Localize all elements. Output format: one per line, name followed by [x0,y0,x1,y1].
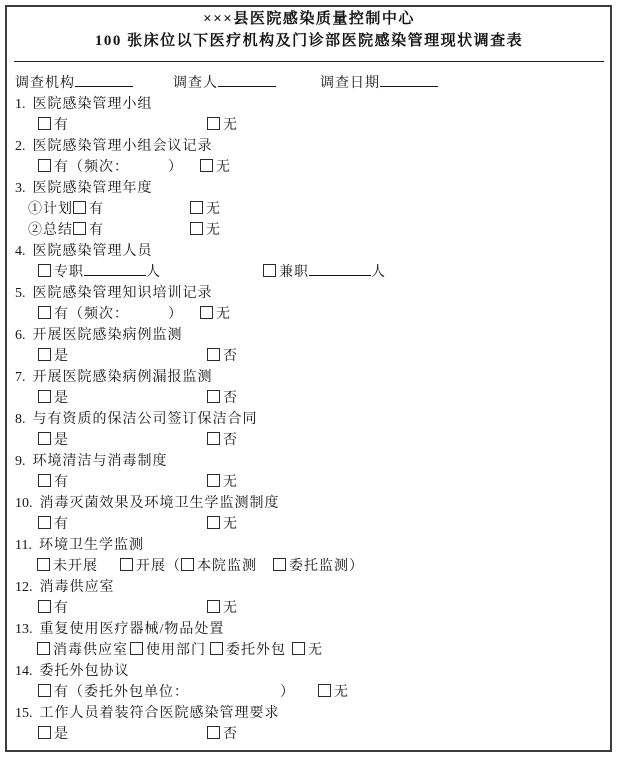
form-title: 100 张床位以下医疗机构及门诊部医院感染管理现状调查表 [0,31,618,51]
item-15-options: 是否 [0,724,618,745]
item-5-options: 有（频次：）无 [0,304,618,325]
option-group: 有 [38,598,69,619]
option-label: 有 [54,475,69,490]
item-4-options: 专职人兼职人 [0,262,618,283]
item-number: 13. [15,619,33,640]
item-number: 11. [15,535,32,556]
item-title: 开展医院感染病例监测 [33,328,183,343]
option-group: 是 [38,430,69,451]
option-label: 是 [54,727,69,742]
survey-org-blank[interactable] [75,73,133,87]
item-12-row: 12.消毒供应室 [0,577,618,598]
item-11-options: 未开展开展（本院监测委托监测） [0,556,618,577]
option-label: 无 [216,307,231,322]
item-2-row: 2.医院感染管理小组会议记录 [0,136,618,157]
checkbox[interactable] [207,474,220,487]
option-label: 无 [206,223,221,238]
option-group: 委托外包 [210,640,286,661]
checkbox[interactable] [38,390,51,403]
option-label: 否 [223,349,238,364]
option-label: 有 [54,517,69,532]
surveyor-label: 调查人 [173,76,218,91]
checkbox[interactable] [200,306,213,319]
fill-blank[interactable] [309,262,371,276]
checkbox[interactable] [190,201,203,214]
item-15-row: 15.工作人员着装符合医院感染管理要求 [0,703,618,724]
surveyor-field: 调查人 [173,73,276,94]
question-list: 1.医院感染管理小组有无2.医院感染管理小组会议记录有（频次：）无3.医院感染管… [0,94,618,745]
option-group: 开展（本院监测 [120,556,257,577]
checkbox[interactable] [273,558,286,571]
item-5-row: 5.医院感染管理知识培训记录 [0,283,618,304]
checkbox[interactable] [200,159,213,172]
item-title: 环境卫生学监测 [39,538,144,553]
option-group: ） [280,682,295,703]
option-label: 兼职 [279,265,309,280]
item-7-row: 7.开展医院感染病例漏报监测 [0,367,618,388]
item-number: 15. [15,703,33,724]
option-group: 有 [38,472,69,493]
item-2-options: 有（频次：）无 [0,157,618,178]
item-13-options: 消毒供应室使用部门委托外包无 [0,640,618,661]
option-group: 兼职人 [263,262,386,283]
checkbox[interactable] [318,684,331,697]
item-title: 重复使用医疗器械/物品处置 [40,622,225,637]
item-number: 1. [15,94,26,115]
item-3-options: ②总结有无 [0,220,618,241]
option-label: 否 [223,433,238,448]
option-label: 专职 [54,265,84,280]
option-label: 有（频次： [54,307,129,322]
option-group: 有 [38,514,69,535]
option-label: 未开展 [53,559,98,574]
option-label: 有（频次： [54,160,129,175]
item-1-options: 有无 [0,115,618,136]
option-label: 是 [54,391,69,406]
checkbox[interactable] [38,600,51,613]
item-title: 与有资质的保洁公司签订保洁合同 [33,412,258,427]
item-1-row: 1.医院感染管理小组 [0,94,618,115]
option-group: 有 [38,115,69,136]
item-number: 9. [15,451,26,472]
checkbox[interactable] [38,474,51,487]
option-group: ②总结有 [28,220,104,241]
info-row: 调查机构 调查人 调查日期 [0,73,618,94]
checkbox[interactable] [73,222,86,235]
checkbox[interactable] [207,390,220,403]
item-8-row: 8.与有资质的保洁公司签订保洁合同 [0,409,618,430]
option-label: 有（委托外包单位： [54,685,189,700]
checkbox[interactable] [207,432,220,445]
option-group: 是 [38,346,69,367]
item-title: 医院感染管理知识培训记录 [33,286,213,301]
option-label: 消毒供应室 [53,643,128,658]
option-group: 是 [38,724,69,745]
option-label: 无 [216,160,231,175]
item-11-row: 11.环境卫生学监测 [0,535,618,556]
item-8-options: 是否 [0,430,618,451]
checkbox[interactable] [37,642,50,655]
option-label: 否 [223,727,238,742]
option-label: 有 [54,118,69,133]
option-label: 是 [54,349,69,364]
survey-org-field: 调查机构 [15,73,133,94]
option-group: 无 [207,472,238,493]
item-12-options: 有无 [0,598,618,619]
checkbox[interactable] [120,558,133,571]
option-label: 否 [223,391,238,406]
checkbox[interactable] [38,432,51,445]
option-group: 否 [207,724,238,745]
option-group: 否 [207,388,238,409]
checkbox[interactable] [38,516,51,529]
option-label: 无 [334,685,349,700]
item-title: 开展医院感染病例漏报监测 [33,370,213,385]
survey-date-blank[interactable] [380,73,438,87]
item-3-row: 3.医院感染管理年度 [0,178,618,199]
option-label: 无 [206,202,221,217]
option-group: 有（频次： [38,157,129,178]
option-group: 是 [38,388,69,409]
option-label: 无 [308,643,323,658]
checkbox[interactable] [207,600,220,613]
item-7-options: 是否 [0,388,618,409]
item-title: 医院感染管理小组 [33,97,153,112]
item-13-row: 13.重复使用医疗器械/物品处置 [0,619,618,640]
item-title: 环境清洁与消毒制度 [33,454,168,469]
checkbox[interactable] [292,642,305,655]
option-label: 委托监测） [289,559,364,574]
checkbox[interactable] [38,117,51,130]
option-label: 是 [54,433,69,448]
item-number: 14. [15,661,33,682]
checkbox[interactable] [190,222,203,235]
item-14-options: 有（委托外包单位：）无 [0,682,618,703]
option-group: 无 [292,640,323,661]
item-6-row: 6.开展医院感染病例监测 [0,325,618,346]
survey-org-label: 调查机构 [15,76,75,91]
option-group: 无 [207,115,238,136]
option-label: 无 [223,118,238,133]
item-number: 2. [15,136,26,157]
option-group: 无 [190,199,221,220]
option-group: 无 [318,682,349,703]
option-group: 委托监测） [273,556,364,577]
checkbox[interactable] [181,558,194,571]
item-title: 医院感染管理小组会议记录 [33,139,213,154]
option-group: 专职人 [38,262,161,283]
option-group: 否 [207,430,238,451]
survey-date-field: 调查日期 [320,73,438,94]
item-10-options: 有无 [0,514,618,535]
option-label: 开展（ [136,559,181,574]
item-title: 医院感染管理人员 [33,244,153,259]
option-label: 委托外包 [226,643,286,658]
item-title: 消毒供应室 [40,580,115,595]
header-divider [14,61,604,62]
item-10-row: 10.消毒灭菌效果及环境卫生学监测制度 [0,493,618,514]
option-label: 有 [89,202,104,217]
option-group: ） [168,157,183,178]
option-group: 消毒供应室 [37,640,128,661]
checkbox[interactable] [37,558,50,571]
checkbox[interactable] [38,264,51,277]
item-number: 4. [15,241,26,262]
option-group: 无 [200,304,231,325]
item-number: 10. [15,493,33,514]
option-group: ） [168,304,183,325]
form-org-title: ×××县医院感染质量控制中心 [0,9,618,29]
option-group: 有（频次： [38,304,129,325]
item-9-options: 有无 [0,472,618,493]
option-label: 人 [371,265,386,280]
item-title: 消毒灭菌效果及环境卫生学监测制度 [40,496,280,511]
option-group: 无 [190,220,221,241]
option-label: 有 [89,223,104,238]
option-label: 有 [54,601,69,616]
option-label: 本院监测 [197,559,257,574]
item-6-options: 是否 [0,346,618,367]
checkbox[interactable] [38,159,51,172]
checkbox[interactable] [263,264,276,277]
option-group: 无 [200,157,231,178]
option-group: 有（委托外包单位： [38,682,189,703]
item-4-row: 4.医院感染管理人员 [0,241,618,262]
option-group: 使用部门 [130,640,206,661]
surveyor-blank[interactable] [218,73,276,87]
option-group: 无 [207,598,238,619]
option-label: 使用部门 [146,643,206,658]
checkbox[interactable] [207,117,220,130]
survey-form-page: ×××县医院感染质量控制中心 100 张床位以下医疗机构及门诊部医院感染管理现状… [0,0,618,760]
item-title: 工作人员着装符合医院感染管理要求 [40,706,280,721]
option-label: 人 [146,265,161,280]
option-label: 无 [223,517,238,532]
item-title: 医院感染管理年度 [33,181,153,196]
checkbox[interactable] [38,684,51,697]
option-group: ①计划有 [28,199,104,220]
item-3-options: ①计划有无 [0,199,618,220]
item-number: 12. [15,577,33,598]
checkbox[interactable] [207,726,220,739]
option-group: 否 [207,346,238,367]
checkbox[interactable] [38,348,51,361]
option-label: ） [168,307,183,322]
option-group: 无 [207,514,238,535]
item-14-row: 14.委托外包协议 [0,661,618,682]
item-title: 委托外包协议 [40,664,130,679]
checkbox[interactable] [207,516,220,529]
checkbox[interactable] [38,726,51,739]
checkbox[interactable] [73,201,86,214]
fill-blank[interactable] [84,262,146,276]
survey-date-label: 调查日期 [320,76,380,91]
option-label: 无 [223,475,238,490]
option-label: 无 [223,601,238,616]
item-number: 6. [15,325,26,346]
option-label: ②总结 [28,223,73,238]
option-label: ） [280,685,295,700]
option-label: ） [168,160,183,175]
item-number: 5. [15,283,26,304]
checkbox[interactable] [38,306,51,319]
item-number: 7. [15,367,26,388]
item-9-row: 9.环境清洁与消毒制度 [0,451,618,472]
checkbox[interactable] [207,348,220,361]
item-number: 8. [15,409,26,430]
option-label: ①计划 [28,202,73,217]
item-number: 3. [15,178,26,199]
checkbox[interactable] [130,642,143,655]
option-group: 未开展 [37,556,98,577]
checkbox[interactable] [210,642,223,655]
